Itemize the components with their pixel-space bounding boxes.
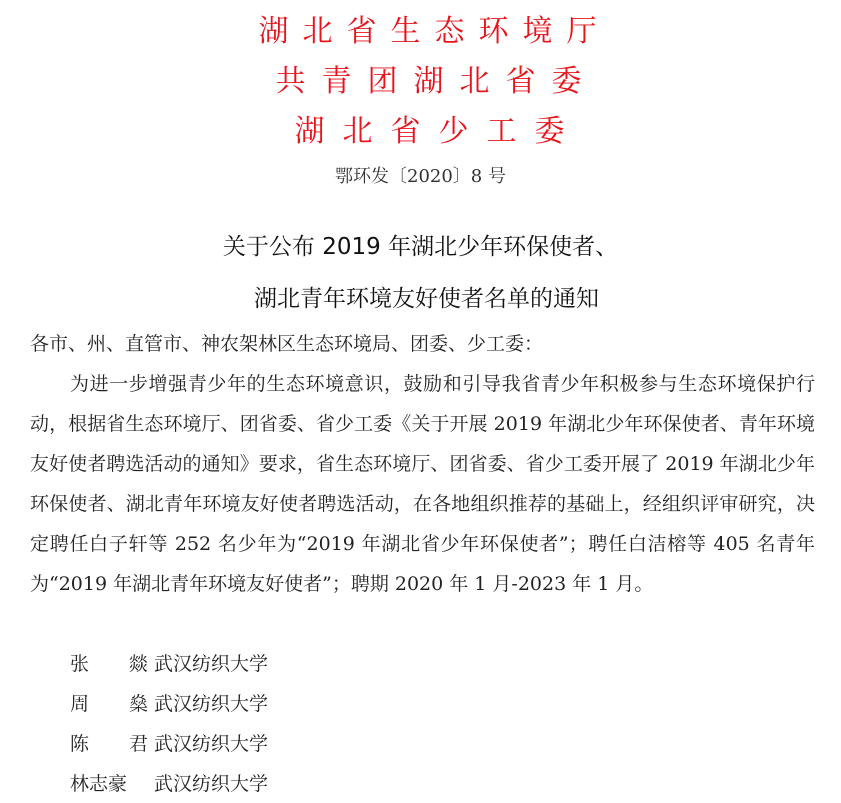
name-char: 燊 [129,684,148,724]
body-paragraph: 为进一步增强青少年的生态环境意识，鼓励和引导我省青少年积极参与生态环境保护行动，… [30,364,815,604]
name-char: 君 [129,724,148,764]
appointee-organization: 武汉纺织大学 [154,684,268,724]
list-item: 张燚 武汉纺织大学 [70,644,268,684]
appointee-name: 周燊 [70,684,154,724]
list-item: 林志豪 武汉纺织大学 [70,764,268,803]
document-title-line-1: 关于公布 2019 年湖北少年环保使者、 [0,228,841,261]
name-char: 陈 [70,724,89,764]
name-char: 燚 [129,644,148,684]
appointee-organization: 武汉纺织大学 [154,644,268,684]
name-char: 张 [70,644,89,684]
issuer-communist-youth-league: 共青团湖北省委 [0,64,841,100]
document-title-line-2: 湖北青年环境友好使者名单的通知 [6,280,841,313]
appointee-name: 陈君 [70,724,154,764]
name-char: 林 [70,773,89,795]
salutation: 各市、州、直管市、神农架林区生态环境局、团委、少工委： [30,324,815,364]
issuer-ecology-environment-department: 湖北省生态环境厅 [0,14,841,50]
appointee-name: 张燚 [70,644,154,684]
list-item: 陈君 武汉纺织大学 [70,724,268,764]
name-char: 周 [70,684,89,724]
name-char: 豪 [108,773,127,795]
list-item: 周燊 武汉纺织大学 [70,684,268,724]
appointee-name: 林志豪 [70,764,154,803]
name-char: 志 [89,773,108,795]
document-number: 鄂环发〔2020〕8 号 [0,162,841,188]
appointee-list: 张燚 武汉纺织大学 周燊 武汉纺织大学 陈君 武汉纺织大学 林志豪 武汉纺织大学 [70,644,268,803]
issuer-young-pioneers-committee: 湖北省少工委 [0,114,841,150]
appointee-organization: 武汉纺织大学 [154,764,268,803]
appointee-organization: 武汉纺织大学 [154,724,268,764]
